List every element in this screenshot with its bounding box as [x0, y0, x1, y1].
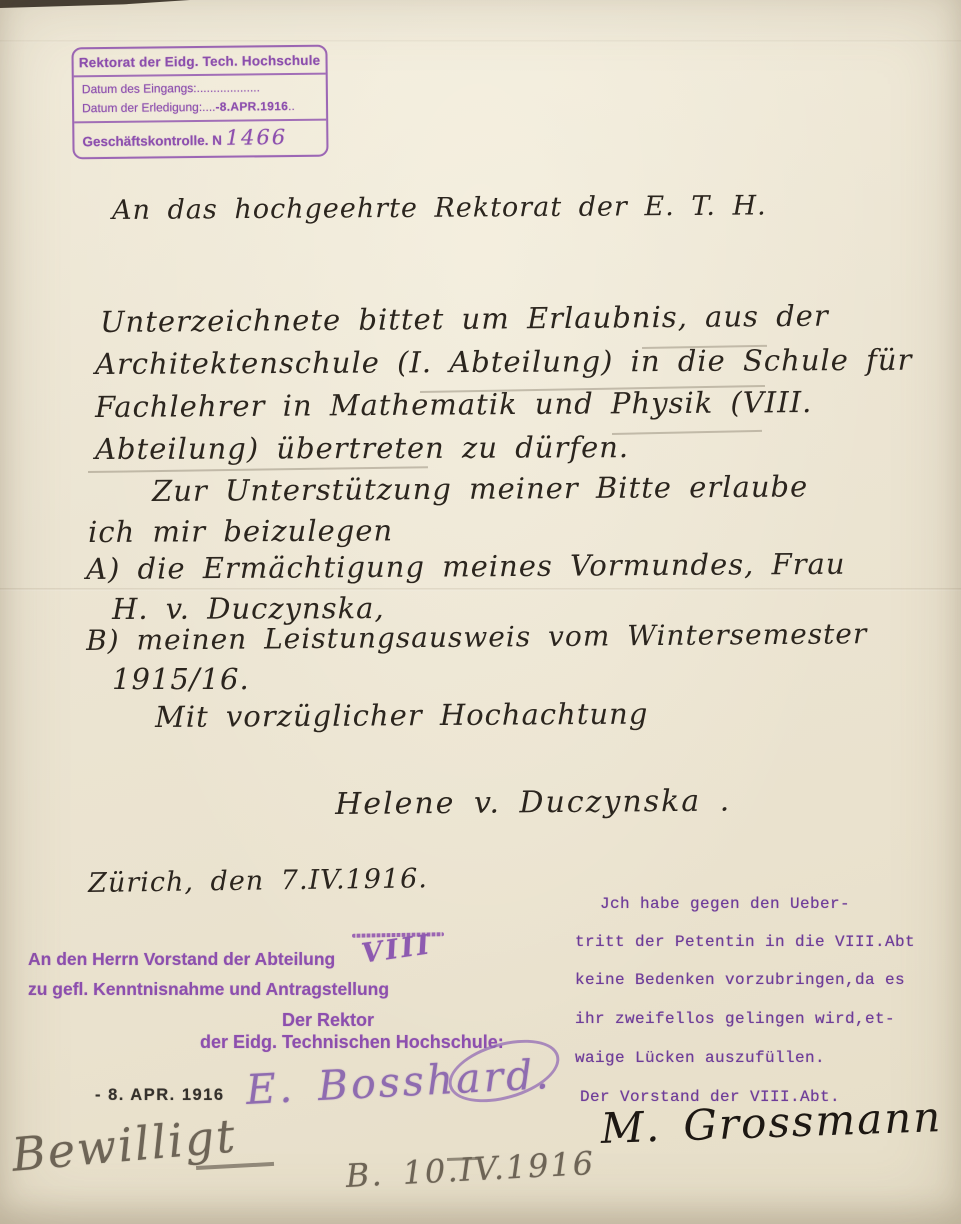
- erledigung-label: Datum der Erledigung:: [82, 100, 202, 115]
- letter-body-line: Mit vorzüglicher Hochachtung: [155, 700, 648, 732]
- letter-body-line: Abteilung) übertreten zu dürfen.: [95, 433, 629, 464]
- registry-stamp-title: Rektorat der Eidg. Tech. Hochschule: [73, 47, 325, 78]
- eingang-label: Datum des Eingangs:: [82, 81, 197, 96]
- forwarding-stamp-rektor-line2: der Eidg. Technischen Hochschule:: [200, 1033, 504, 1051]
- letter-body-line: 1915/16.: [112, 665, 250, 694]
- forwarding-stamp-rektor-line1: Der Rektor: [282, 1011, 374, 1029]
- received-date-stamp: - 8. APR. 1916: [95, 1086, 225, 1105]
- typed-note-line: tritt der Petentin in die VIII.Abt: [575, 934, 915, 950]
- forwarding-stamp-line2: zu gefl. Kenntnisnahme und Antragstellun…: [28, 981, 389, 999]
- forwarding-stamp-line1: An den Herrn Vorstand der Abteilung: [28, 951, 335, 969]
- fold-crease-middle: [0, 588, 961, 591]
- typed-note-line: keine Bedenken vorzubringen,da es: [575, 972, 905, 988]
- registry-stamp-eingang-row: Datum des Eingangs:...................: [74, 75, 326, 97]
- letter-body-line: Architektenschule (I. Abteilung) in die …: [95, 346, 912, 379]
- pencil-underline: [612, 430, 762, 435]
- letter-body-line: A) die Ermächtigung meines Vormundes, Fr…: [86, 550, 846, 584]
- letter-salutation: An das hochgeehrte Rektorat der E. T. H.: [112, 192, 767, 224]
- registry-stamp-kontrolle-row: Geschäftskontrolle. N 1466: [74, 119, 326, 158]
- typed-note-line: ihr zweifellos gelingen wird,et-: [575, 1011, 895, 1027]
- letter-body-line: B) meinen Leistungsausweis vom Wintersem…: [86, 620, 867, 655]
- rektor-signature: E. Bosshard.: [245, 1054, 552, 1111]
- typed-note-line: waige Lücken auszufüllen.: [575, 1050, 825, 1066]
- eingang-dots: ...................: [197, 80, 261, 95]
- erledigung-trail-dots: ..: [288, 99, 295, 113]
- letter-body-line: Fachlehrer in Mathematik und Physik (VII…: [95, 388, 812, 422]
- division-number-handwritten: VIII: [360, 931, 434, 968]
- letter-body-line: Zur Unterstützung meiner Bitte erlaube: [152, 472, 808, 506]
- letter-body-line: Unterzeichnete bittet um Erlaubnis, aus …: [100, 302, 829, 337]
- typed-note-line: Jch habe gegen den Ueber-: [600, 896, 850, 912]
- photo-edge-shadow: [0, 0, 190, 8]
- letter-dateline: Zürich, den 7.IV.1916.: [88, 865, 428, 897]
- petitioner-signature: Helene v. Duczynska .: [335, 787, 731, 820]
- erledigung-dots: ....: [202, 100, 215, 114]
- vorstand-signature: M. Grossmann: [600, 1096, 943, 1150]
- letter-body-line: ich mir beizulegen: [88, 516, 393, 547]
- kontrolle-number-handwritten: 1466: [226, 125, 288, 150]
- fold-crease-top: [0, 40, 961, 43]
- pencil-date: B. 10.IV.1916: [345, 1147, 596, 1192]
- kontrolle-label: Geschäftskontrolle: [82, 133, 204, 149]
- registry-stamp-box: Rektorat der Eidg. Tech. Hochschule Datu…: [71, 45, 328, 160]
- letter-document-scan: Rektorat der Eidg. Tech. Hochschule Datu…: [0, 0, 961, 1224]
- kontrolle-no-label: . N: [205, 133, 222, 148]
- erledigung-date-stamp: -8.APR.1916: [215, 99, 288, 114]
- letter-body-line: H. v. Duczynska,: [112, 594, 385, 624]
- registry-stamp-erledigung-row: Datum der Erledigung:....-8.APR.1916..: [74, 94, 326, 116]
